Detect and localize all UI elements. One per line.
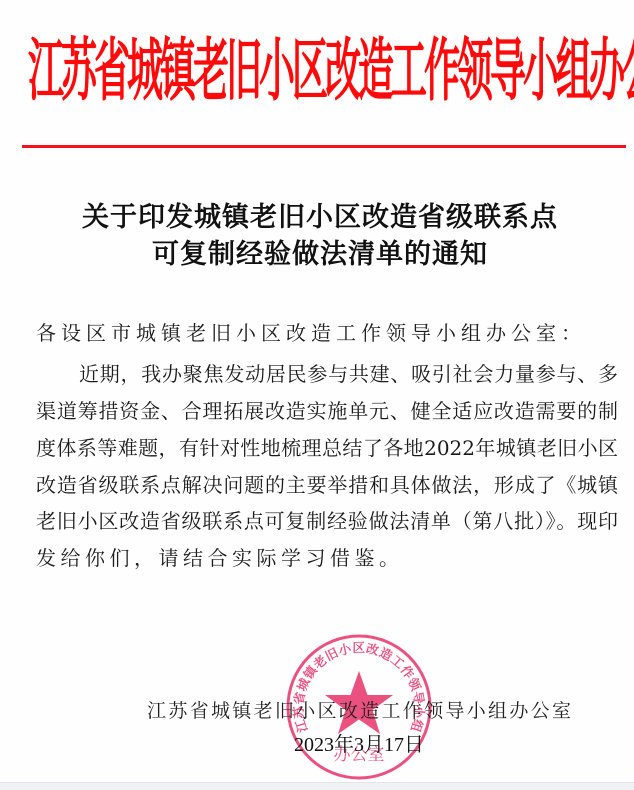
signature-date: 2023年3月17日 [294, 733, 424, 757]
body-line: 发给你们，请结合实际学习借鉴。 [36, 546, 618, 570]
document-title-line-1: 关于印发城镇老旧小区改造省级联系点 [3, 203, 634, 233]
signature-issuer: 江苏省城镇老旧小区改造工作领导小组办公室 [147, 699, 571, 723]
body-line: 度体系等难题，有针对性地梳理总结了各地2022年城镇老旧小区 [36, 436, 618, 460]
letterhead-char: 造 [358, 37, 391, 105]
body-line: 近期，我办聚焦发动居民参与共建、吸引社会力量参与、多 [79, 362, 618, 386]
letterhead-char: 镇 [160, 37, 193, 105]
letterhead-char: 小 [523, 37, 556, 105]
document-page: 江 苏 省 城 镇 老 旧 小 区 改 造 工 作 领 导 小 组 办 公 室 … [0, 0, 634, 782]
letterhead-char: 公 [622, 37, 634, 105]
letterhead-char: 小 [259, 37, 292, 105]
letterhead-char: 旧 [226, 37, 259, 105]
letterhead-char: 导 [490, 37, 523, 105]
letterhead-char: 老 [193, 37, 226, 105]
salutation: 各设区市城镇老旧小区改造工作领导小组办公室： [36, 321, 618, 345]
letterhead-char: 领 [457, 37, 490, 105]
letterhead-char: 江 [28, 37, 61, 105]
letterhead-char: 工 [391, 37, 424, 105]
letterhead-char: 作 [424, 37, 457, 105]
issuer-letterhead: 江 苏 省 城 镇 老 旧 小 区 改 造 工 作 领 导 小 组 办 公 室 [28, 34, 624, 108]
letterhead-char: 城 [127, 37, 160, 105]
page-bottom-edge [0, 782, 634, 790]
body-line: 渠道筹措资金、合理拓展改造实施单元、健全适应改造需要的制 [36, 399, 618, 423]
letterhead-char: 省 [94, 37, 127, 105]
letterhead-char: 组 [556, 37, 589, 105]
body-line: 老旧小区改造省级联系点可复制经验做法清单（第八批）》。现印 [36, 509, 618, 533]
letterhead-char: 区 [292, 37, 325, 105]
document-title-line-2: 可复制经验做法清单的通知 [3, 240, 634, 270]
letterhead-char: 办 [589, 37, 622, 105]
letterhead-char: 苏 [61, 37, 94, 105]
body-line: 改造省级联系点解决问题的主要举措和具体做法，形成了《城镇 [36, 473, 618, 497]
letterhead-divider [22, 145, 626, 148]
letterhead-char: 改 [325, 37, 358, 105]
